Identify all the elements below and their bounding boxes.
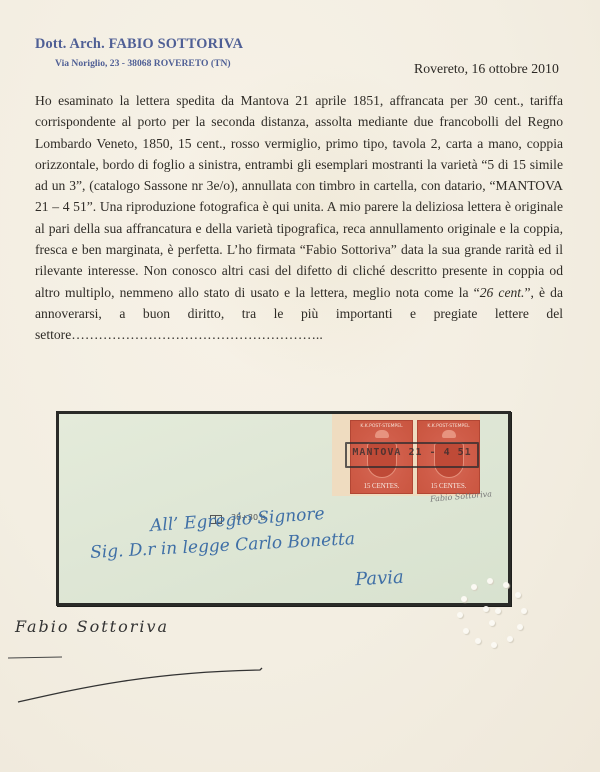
- expert-signature: Fabio Sottoriva: [15, 617, 169, 636]
- stamp-top-text: K.K.POST-STEMPEL: [418, 424, 479, 429]
- signature-flourish: [0, 650, 300, 710]
- cancellation-postmark: MANTOVA 21 - 4 51: [345, 442, 479, 468]
- embossed-seal-icon: [447, 578, 537, 668]
- certificate-body: Ho esaminato la lettera spedita da Manto…: [35, 90, 563, 346]
- letterhead-name: Dott. Arch. FABIO SOTTORIVA: [35, 36, 243, 53]
- address-line-3: Pavia: [354, 567, 404, 591]
- stamp-value: 15 CENTES.: [351, 483, 412, 490]
- body-text-italic: 26 cent.: [480, 285, 525, 300]
- crown-icon: [375, 430, 389, 438]
- certificate-paragraph: Ho esaminato la lettera spedita da Manto…: [35, 90, 563, 346]
- body-text-part1: Ho esaminato la lettera spedita da Manto…: [35, 93, 563, 300]
- letterhead-address: Via Noriglio, 23 - 38068 ROVERETO (TN): [55, 58, 243, 69]
- letterhead: Dott. Arch. FABIO SOTTORIVA Via Noriglio…: [35, 36, 243, 69]
- stamp-value: 15 CENTES.: [418, 483, 479, 490]
- crown-icon: [442, 430, 456, 438]
- place-date: Rovereto, 16 ottobre 2010: [414, 61, 559, 77]
- stamp-top-text: K.K.POST-STEMPEL: [351, 424, 412, 429]
